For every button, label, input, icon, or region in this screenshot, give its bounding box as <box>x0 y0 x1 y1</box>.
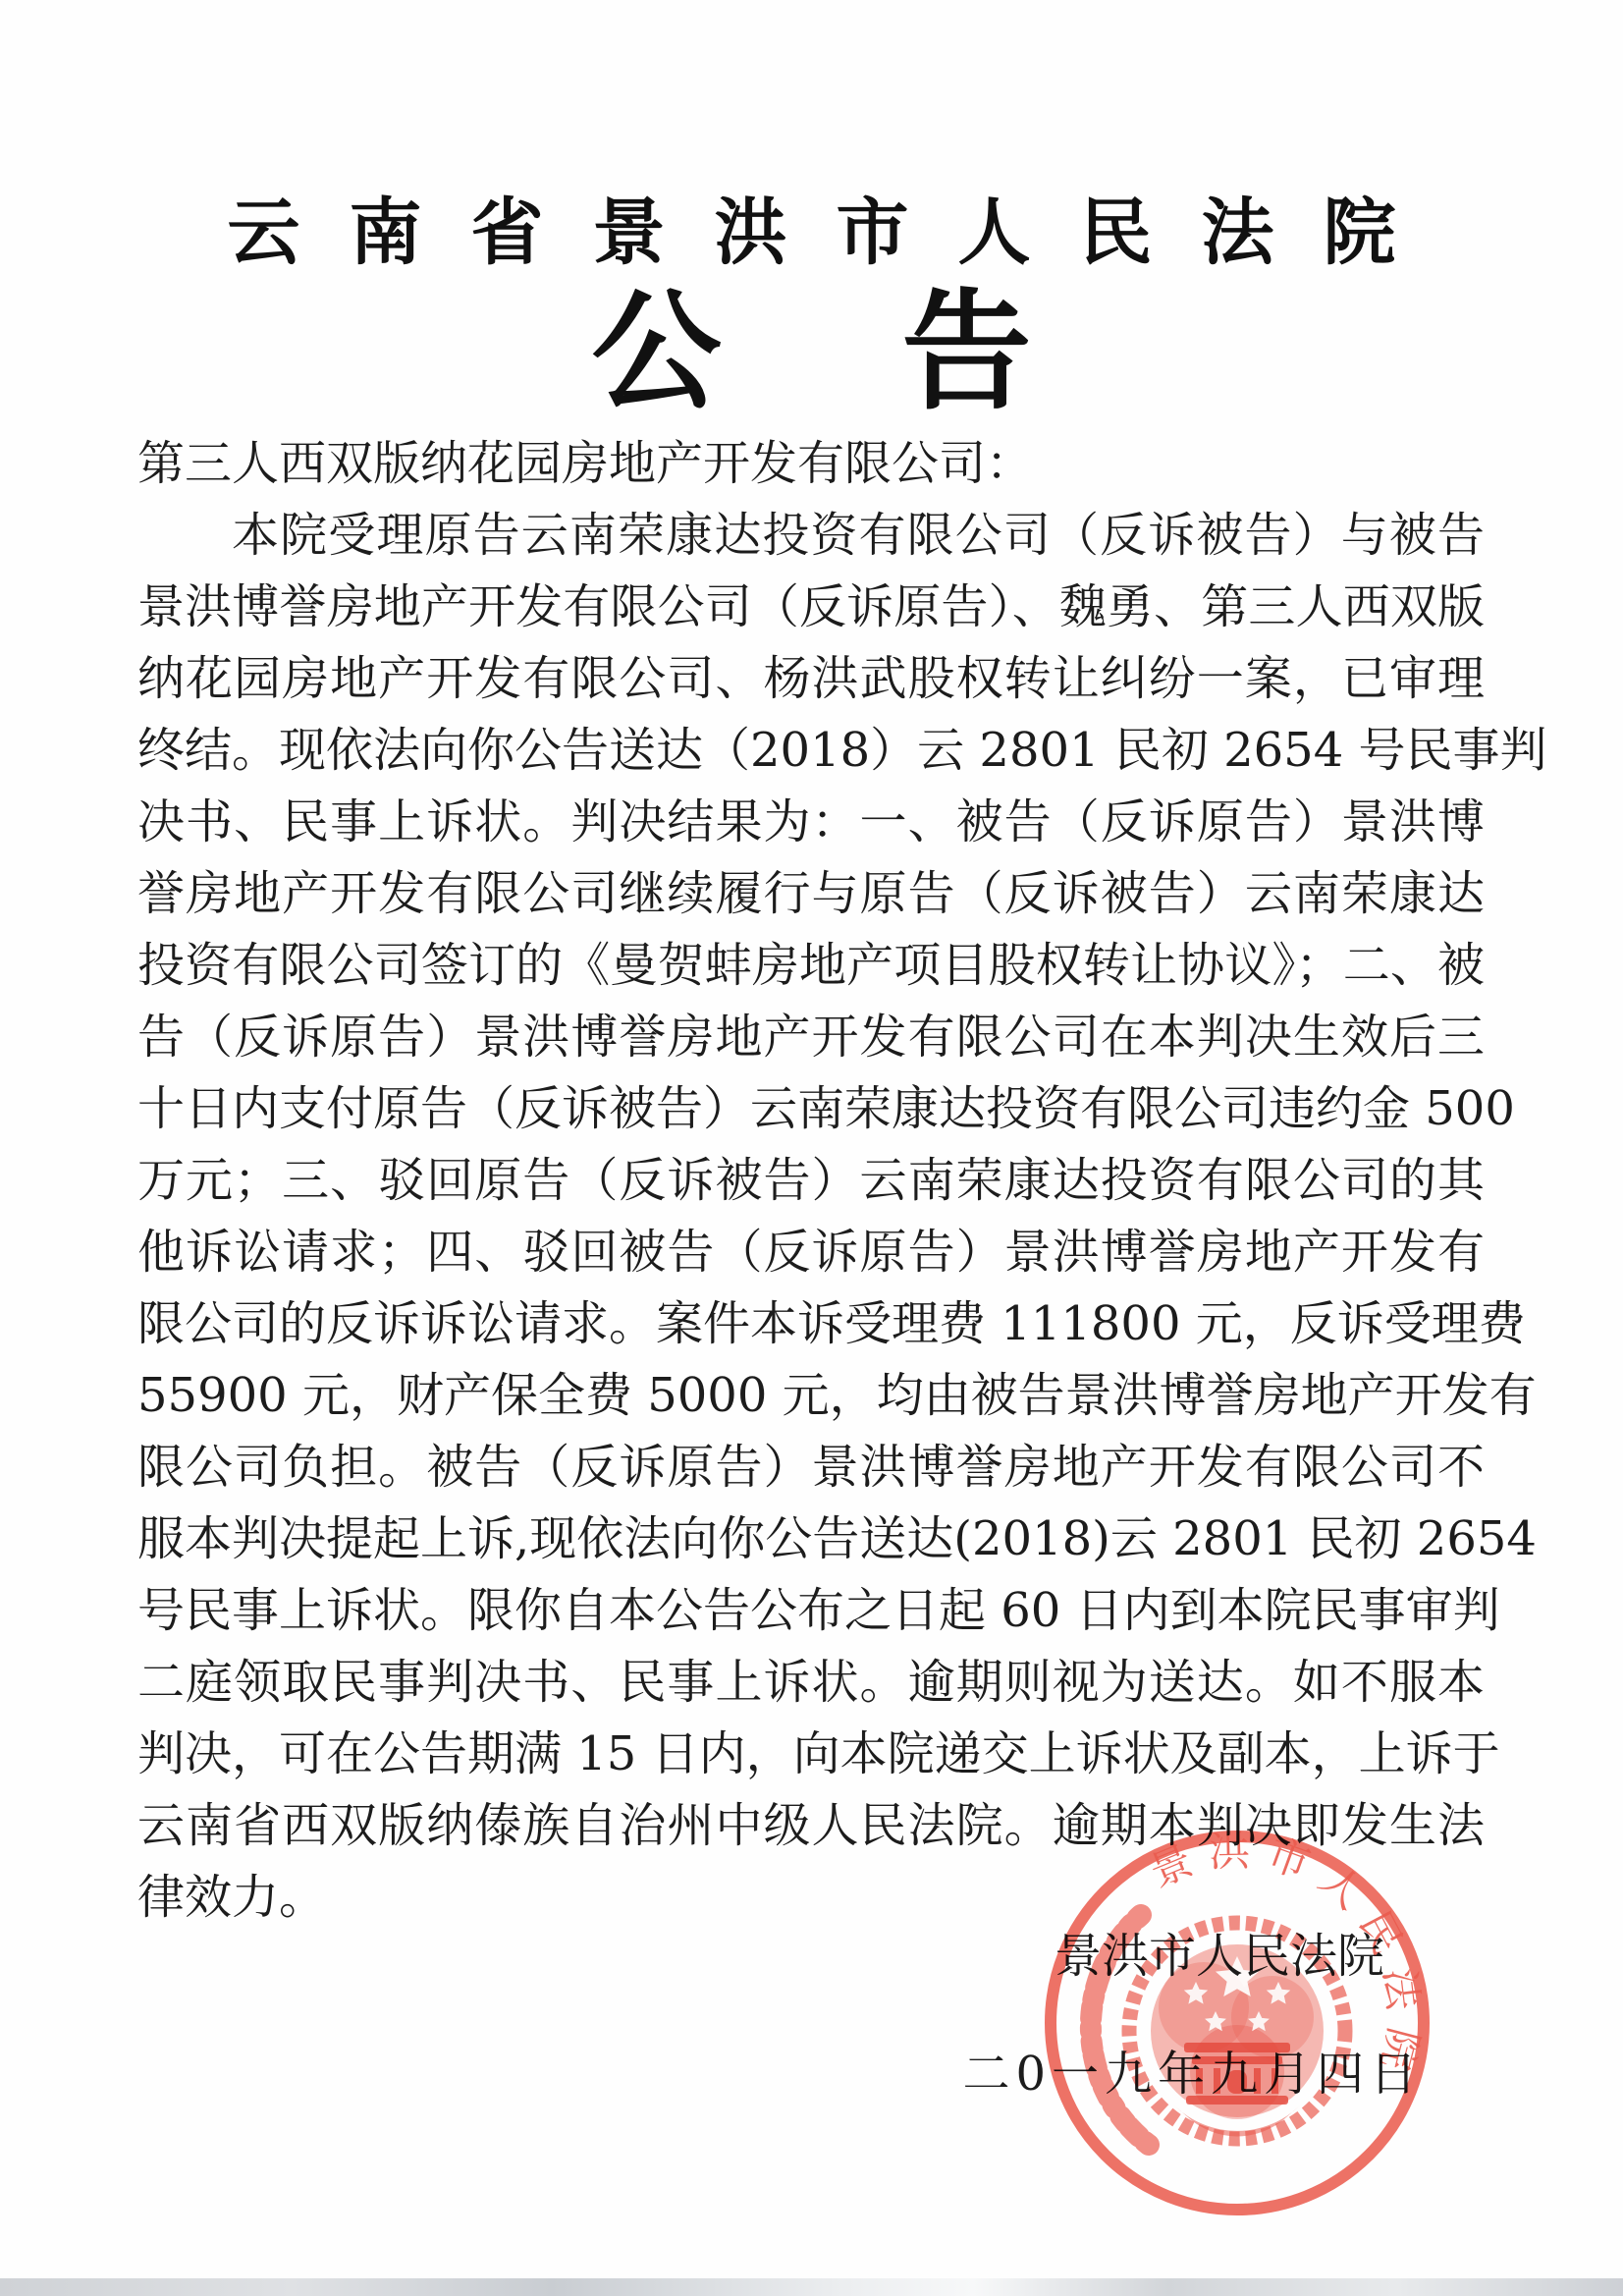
body-line: 决书、民事上诉状。判决结果为：一、被告（反诉原告）景洪博 <box>137 787 1485 858</box>
signature-date: 二0一九年九月四日 <box>962 2045 1423 2104</box>
body-line: 告（反诉原告）景洪博誉房地产开发有限公司在本判决生效后三 <box>137 1002 1485 1073</box>
body-line: 投资有限公司签订的《曼贺蚌房地产项目股权转让协议》；二、被 <box>137 930 1485 1002</box>
body-line: 限公司负担。被告（反诉原告）景洪博誉房地产开发有限公司不 <box>137 1432 1485 1503</box>
body-line: 律效力。 <box>137 1862 1485 1934</box>
body-line: 纳花园房地产开发有限公司、杨洪武股权转让纠纷一案，已审理 <box>137 643 1485 715</box>
wreath-base <box>1174 2105 1300 2136</box>
body-line: 判决，可在公告期满 15 日内，向本院递交上诉状及副本，上诉于 <box>137 1719 1485 1790</box>
body-line: 二庭领取民事判决书、民事上诉状。逾期则视为送达。如不服本 <box>137 1647 1485 1719</box>
notice-title: 公告 <box>0 247 1623 434</box>
body-line: 云南省西双版纳傣族自治州中级人民法院。逾期本判决即发生法 <box>137 1790 1485 1862</box>
body-line: 终结。现依法向你公告送达（2018）云 2801 民初 2654 号民事判 <box>137 715 1485 787</box>
small-star-icon <box>1205 2011 1226 2031</box>
document-page: 云南省景洪市人民法院 公告 第三人西双版纳花园房地产开发有限公司： 本院受理原告… <box>0 0 1623 2296</box>
body-line: 他诉讼请求；四、驳回被告（反诉原告）景洪博誉房地产开发有 <box>137 1217 1485 1288</box>
body-line: 55900 元，财产保全费 5000 元，均由被告景洪博誉房地产开发有 <box>137 1360 1485 1432</box>
signature-court: 景洪市人民法院 <box>1055 1927 1384 1986</box>
body-line: 本院受理原告云南荣康达投资有限公司（反诉被告）与被告 <box>137 500 1485 572</box>
body-line: 誉房地产开发有限公司继续履行与原告（反诉被告）云南荣康达 <box>137 858 1485 930</box>
body-paragraph: 第三人西双版纳花园房地产开发有限公司： 本院受理原告云南荣康达投资有限公司（反诉… <box>137 428 1485 1934</box>
body-line: 限公司的反诉诉讼请求。案件本诉受理费 111800 元，反诉受理费 <box>137 1288 1485 1360</box>
small-star-icon <box>1248 2011 1270 2031</box>
body-lines: 本院受理原告云南荣康达投资有限公司（反诉被告）与被告景洪博誉房地产开发有限公司（… <box>137 500 1485 1934</box>
body-line: 号民事上诉状。限你自本公告公布之日起 60 日内到本院民事审判 <box>137 1575 1485 1647</box>
salutation: 第三人西双版纳花园房地产开发有限公司： <box>137 428 1485 500</box>
body-line: 十日内支付原告（反诉被告）云南荣康达投资有限公司违约金 500 <box>137 1073 1485 1145</box>
body-line: 服本判决提起上诉,现依法向你公告送达(2018)云 2801 民初 2654 <box>137 1503 1485 1575</box>
body-line: 万元；三、驳回原告（反诉被告）云南荣康达投资有限公司的其 <box>137 1145 1485 1217</box>
body-line: 景洪博誉房地产开发有限公司（反诉原告）、魏勇、第三人西双版 <box>137 572 1485 643</box>
scanner-edge-artifact <box>0 2278 1623 2296</box>
